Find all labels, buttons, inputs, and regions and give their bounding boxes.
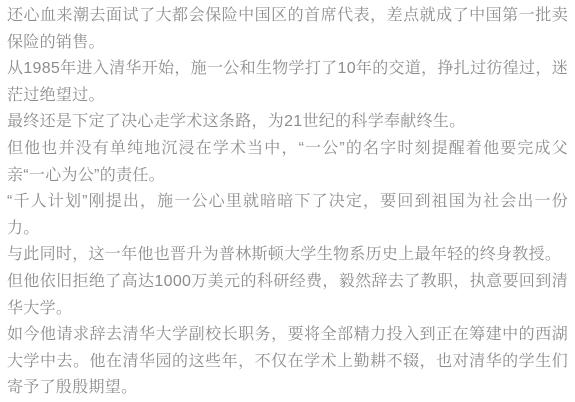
article-body: 还心血来潮去面试了大都会保险中国区的首席代表，差点就成了中国第一批卖保险的销售。… [0, 0, 575, 402]
paragraph-westlake-university: 如今他请求辞去清华大学副校长职务，要将全部精力投入到正在筹建中的西湖大学中去。他… [7, 322, 568, 402]
paragraph-thousand-talents: “千人计划”刚提出，施一公心里就暗暗下了决定，要回到祖国为社会出一份力。 [7, 189, 568, 242]
paragraph-name-duty: 但他也并没有单纯地沉浸在学术当中，“一公”的名字时刻提醒着他要完成父亲“一心为公… [7, 136, 568, 189]
paragraph-tsinghua-1985: 从1985年进入清华开始，施一公和生物学打了10年的交道，挣扎过彷徨过，迷茫过绝… [7, 56, 568, 109]
paragraph-insurance: 还心血来潮去面试了大都会保险中国区的首席代表，差点就成了中国第一批卖保险的销售。 [7, 3, 568, 56]
paragraph-academic-path: 最终还是下定了决心走学术这条路，为21世纪的科学奉献终生。 [7, 109, 568, 136]
paragraph-princeton-tenure: 与此同时，这一年他也晋升为普林斯顿大学生物系历史上最年轻的终身教授。 [7, 242, 568, 269]
paragraph-refuse-funding: 但他依旧拒绝了高达1000万美元的科研经费，毅然辞去了教职，执意要回到清华大学。 [7, 269, 568, 322]
article-page: { "theme": { "text-color": "#8c8c8c", "b… [0, 0, 575, 402]
